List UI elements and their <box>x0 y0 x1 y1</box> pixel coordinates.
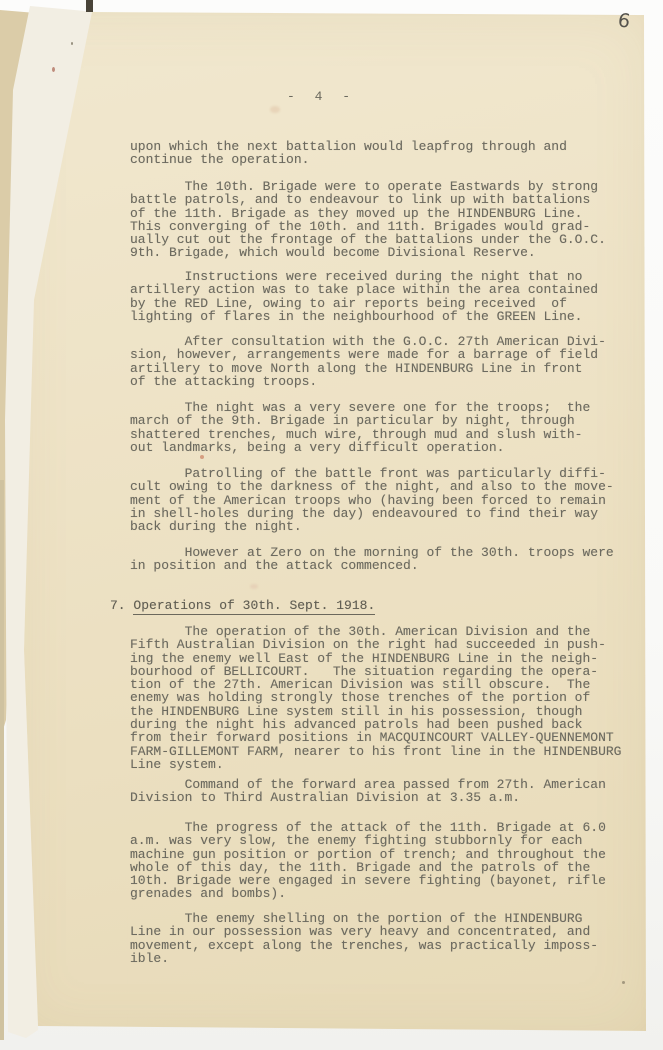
paragraph: However at Zero on the morning of the 30… <box>130 546 635 573</box>
paragraph: Command of the forward area passed from … <box>130 778 635 805</box>
page-number-header: - 4 - <box>287 89 356 104</box>
section-heading: 7. Operations of 30th. Sept. 1918. <box>110 598 375 613</box>
paragraph: Patrolling of the battle front was parti… <box>130 467 635 533</box>
paragraph: upon which the next battalion would leap… <box>130 140 635 167</box>
scanned-document: 6 - 4 - upon which the next battalion wo… <box>0 0 663 1050</box>
typewritten-text-layer: 6 - 4 - upon which the next battalion wo… <box>0 0 663 1050</box>
pencil-page-number: 6 <box>616 9 631 33</box>
paragraph: Instructions were received during the ni… <box>130 270 635 323</box>
paragraph: The progress of the attack of the 11th. … <box>130 821 635 901</box>
section-number: 7. <box>110 598 126 613</box>
paragraph: After consultation with the G.O.C. 27th … <box>130 335 635 388</box>
paragraph: The operation of the 30th. American Divi… <box>130 625 635 771</box>
paragraph: The enemy shelling on the portion of the… <box>130 912 635 965</box>
paragraph: The night was a very severe one for the … <box>130 401 635 454</box>
paragraph: The 10th. Brigade were to operate Eastwa… <box>130 180 635 260</box>
section-title: Operations of 30th. Sept. 1918. <box>133 598 375 615</box>
